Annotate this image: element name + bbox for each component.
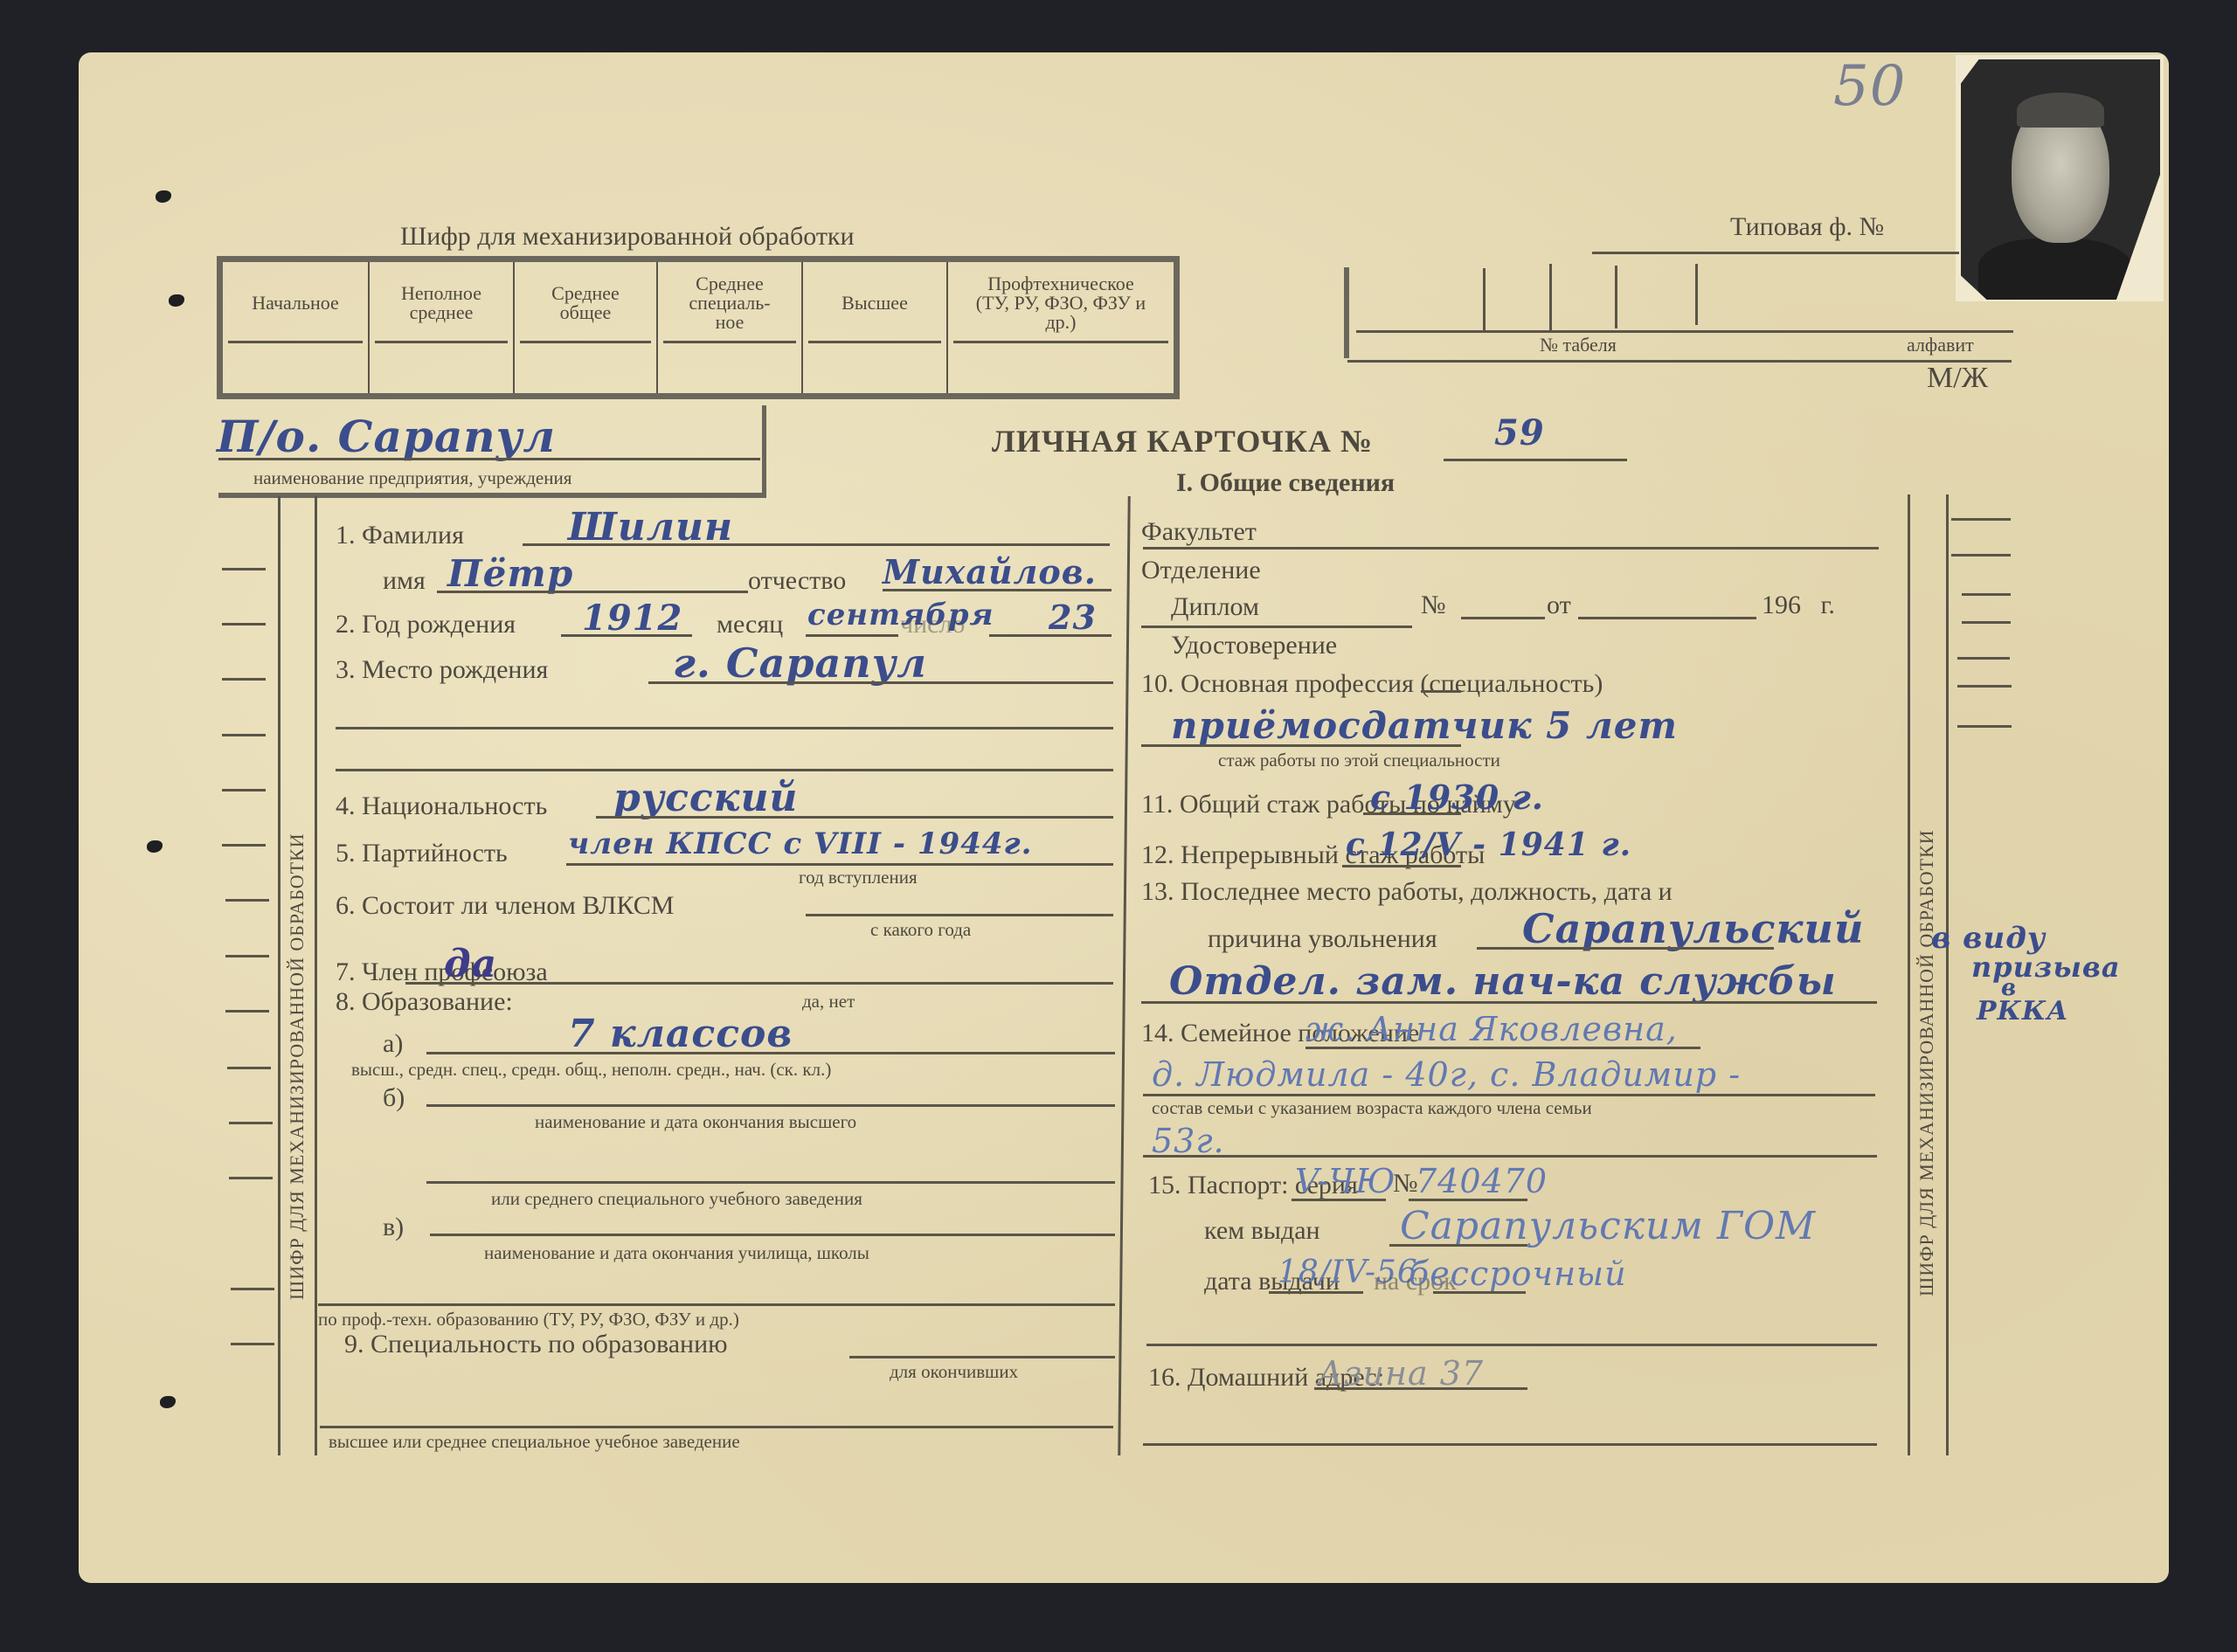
birthplace-label: 3. Место рождения [336,655,548,685]
family-caption: состав семьи с указанием возраста каждог… [1152,1097,1592,1119]
enterprise-caption: наименование предприятия, учреждения [253,467,571,489]
last-job-margin-note-4: РККА [1977,996,2069,1026]
alphabet-line [1347,360,2012,363]
birthplace-value: г. Сарапул [673,639,927,687]
mech-table-title: Шифр для механизированной обработки [400,222,855,252]
code-tick [225,1010,269,1013]
card-number-line [1444,459,1627,461]
sex-label: М/Ж [1927,362,1988,395]
nationality-label: 4. Национальность [336,791,547,821]
last-job-label-2: причина увольнения [1208,924,1437,954]
specialty-line-2 [320,1426,1113,1428]
enterprise-box-bottom [218,493,765,498]
first-name-value: Пётр [447,552,573,595]
right-code-column-line [1946,494,1949,1455]
code-tick [225,955,269,957]
passport-issued-by-value: Сарапульским ГОМ [1400,1204,1816,1248]
family-line-2 [1143,1094,1875,1096]
passport-term-line [1433,1291,1526,1294]
education-c-line-real [318,1303,1115,1306]
tabel-divider [1483,268,1486,331]
profession-line-short [1421,690,1461,693]
left-code-column-line [315,496,317,1455]
education-label: 8. Образование: [336,987,513,1017]
passport-series-line [1292,1199,1386,1201]
birthplace-line-3 [336,769,1113,771]
nationality-value: русский [613,776,798,820]
code-tick [225,899,269,902]
first-name-label: имя [383,566,426,596]
surname-label: 1. Фамилия [336,521,464,550]
mech-col-header: Среднее общее [515,269,656,337]
mech-col: Среднее общее [515,262,658,393]
section-title: I. Общие сведения [1176,468,1395,498]
education-b-line [426,1104,1115,1107]
continuous-experience-line [1342,865,1461,867]
party-value: член КПСС с VIII - 1944г. [568,826,1032,861]
education-b-line-2 [426,1181,1115,1184]
archive-sheet-number: 50 [1833,54,1906,119]
mech-col-rule [228,341,363,343]
komsomol-caption: с какого года [870,919,971,941]
education-b-caption-1: наименование и дата окончания высшего [535,1111,856,1133]
first-name-line [437,591,748,593]
specialty-caption-1: для окончивших [890,1361,1018,1383]
mech-col: Начальное [223,262,370,393]
mech-col-rule [375,341,508,343]
patronymic-value: Михайлов. [883,552,1097,591]
passport-issued-by-line [1389,1244,1527,1247]
certificate-label: Удостоверение [1171,631,1337,660]
diploma-year-label: 196 г. [1762,591,1835,620]
specialty-label: 9. Специальность по образованию [344,1330,728,1359]
code-tick [1957,657,2010,660]
education-a-caption: высш., средн. спец., средн. общ., неполн… [351,1059,831,1081]
education-c-line [430,1234,1115,1236]
diploma-from-label: от [1547,591,1571,620]
passport-term-value: бессрочный [1409,1255,1627,1293]
last-job-label: 13. Последнее место работы, должность, д… [1141,877,1673,907]
mech-col: Высшее [803,262,948,393]
mech-col-header: Среднее специаль-ное [658,269,801,337]
tabel-line [1356,330,2013,333]
department-label: Отделение [1141,556,1261,585]
last-job-line-2 [1141,1001,1877,1004]
photo-shoulders [1978,238,2131,308]
mech-col-header: Неполное среднее [370,269,513,337]
code-tick [1962,593,2011,596]
profession-line [1141,744,1461,747]
birth-year-line [561,634,692,637]
right-code-column-label: ШИФР ДЛЯ МЕХАНИЗИРОВАННОЙ ОБРАБОТКИ [1915,829,1938,1296]
photo-hair [2017,93,2104,128]
union-value: да [444,942,497,986]
last-job-margin-note-2: призыва [1971,950,2121,984]
union-line [405,982,1113,985]
family-value-2: д. Людмила - 40г, с. Владимир - [1152,1055,1741,1094]
family-value-1: ж. Анна Яковлевна, [1305,1010,1678,1048]
komsomol-line [806,914,1113,916]
mech-col-header: Профтехническое (ТУ, РУ, ФЗО, ФЗУ и др.) [948,269,1174,337]
birthplace-line [648,681,1113,684]
form-number-label: Типовая ф. № [1730,212,1884,242]
last-job-line-1 [1477,947,1774,950]
education-a-line [426,1052,1115,1054]
enterprise-box-right [762,405,766,498]
enterprise-line [218,458,760,460]
profession-value: приёмосдатчик 5 лет [1171,704,1678,747]
address-line [1314,1387,1527,1390]
education-c-caption-2: по проф.-техн. образованию (ТУ, РУ, ФЗО,… [318,1309,739,1331]
code-tick [222,678,266,681]
code-tick [1951,518,2011,521]
mech-table: Начальное Неполное среднее Среднее общее… [217,256,1180,399]
nationality-line [596,816,1113,819]
party-line [566,863,1113,866]
code-tick [222,623,266,626]
code-tick [227,1067,271,1069]
passport-number-line [1409,1199,1527,1201]
mech-col-header: Начальное [223,269,368,337]
tabel-divider [1695,264,1698,325]
alphabet-label: алфавит [1907,334,1974,356]
continuous-experience-value: с 12/V - 1941 г. [1346,826,1631,863]
education-b-caption-2: или среднего специального учебного завед… [491,1188,862,1210]
mech-col: Среднее специаль-ное [658,262,803,393]
surname-line [523,543,1110,546]
mech-col: Неполное среднее [370,262,515,393]
education-c-label: в) [383,1213,404,1242]
komsomol-label: 6. Состоит ли членом ВЛКСМ [336,891,674,921]
union-caption: да, нет [802,991,855,1013]
code-tick [1957,725,2012,728]
passport-series-value: V-ЧЮ [1295,1162,1396,1200]
diploma-from-line [1578,617,1756,619]
education-c-caption-1: наименование и дата окончания училища, ш… [484,1242,869,1264]
passport-extra-line [1146,1344,1877,1346]
total-experience-value: с 1930 г. [1370,778,1544,817]
code-tick [231,1343,274,1345]
birth-year-value: 1912 [582,598,682,639]
code-tick [1951,554,2011,556]
tabel-left-bar [1344,267,1349,358]
specialty-caption-2: высшее или среднее специальное учебное з… [329,1431,740,1453]
profession-caption: стаж работы по этой специальности [1218,750,1500,771]
education-a-label: а) [383,1029,403,1059]
diploma-no-label: № [1421,591,1446,620]
mech-col-rule [520,341,651,343]
tabel-divider [1549,264,1552,330]
tabel-label: № табеля [1540,334,1617,356]
tabel-divider [1615,266,1617,328]
form-number-line [1592,252,1959,254]
card-title: ЛИЧНАЯ КАРТОЧКА № [992,423,1373,460]
birth-day-value: 23 [1049,598,1097,637]
birth-day-line [989,634,1112,637]
code-tick [229,1122,273,1124]
code-tick [222,844,266,847]
family-line-1 [1305,1047,1700,1049]
card-number: 59 [1494,412,1545,453]
code-tick [222,789,266,791]
mech-col: Профтехническое (ТУ, РУ, ФЗО, ФЗУ и др.) [948,262,1174,393]
code-tick [229,1177,273,1179]
right-code-column-line [1908,494,1910,1455]
code-tick [1957,685,2012,688]
total-experience-line [1363,812,1461,815]
left-code-column-line [278,496,280,1455]
diploma-no-line [1461,617,1545,619]
profession-label: 10. Основная профессия (специальность) [1141,669,1603,699]
birth-month-label: месяц [717,610,783,639]
enterprise-value: П/о. Сарапул [217,411,556,462]
faculty-label: Факультет [1141,517,1257,547]
photo [1956,55,2164,301]
passport-issued-by-label: кем выдан [1204,1216,1320,1246]
last-job-value-2: Отдел. зам. нач-ка службы [1169,959,1837,1004]
family-line-3 [1143,1155,1877,1158]
passport-no-label: № [1393,1169,1418,1199]
passport-number-value: 740470 [1416,1162,1548,1200]
faculty-line [1143,547,1879,550]
code-tick [222,568,266,570]
party-label: 5. Партийность [336,839,508,868]
birth-year-label: 2. Год рождения [336,610,516,639]
party-caption: год вступления [799,867,918,888]
patronymic-line [883,589,1112,591]
patronymic-label: отчество [748,566,846,596]
mech-col-rule [953,341,1168,343]
last-job-value-1: Сарапульский [1522,905,1864,952]
birthplace-line-2 [336,727,1113,729]
education-b-label: б) [383,1083,405,1113]
code-tick [1962,621,2011,624]
photo-portrait [1961,59,2160,300]
code-tick [231,1288,274,1290]
address-line-2 [1143,1443,1877,1446]
education-a-value: 7 классов [568,1012,793,1056]
specialty-line [849,1356,1115,1358]
mech-col-rule [663,341,796,343]
passport-date-line [1269,1291,1363,1294]
mech-col-rule [808,341,941,343]
code-tick [222,734,266,736]
birth-day-label: число [900,610,965,639]
mech-col-header: Высшее [803,269,946,337]
diploma-line [1141,626,1412,628]
birth-month-line [806,634,898,637]
diploma-label: Диплом [1171,592,1259,622]
left-code-column-label: ШИФР ДЛЯ МЕХАНИЗИРОВАННОЙ ОБРАБОТКИ [286,833,308,1300]
